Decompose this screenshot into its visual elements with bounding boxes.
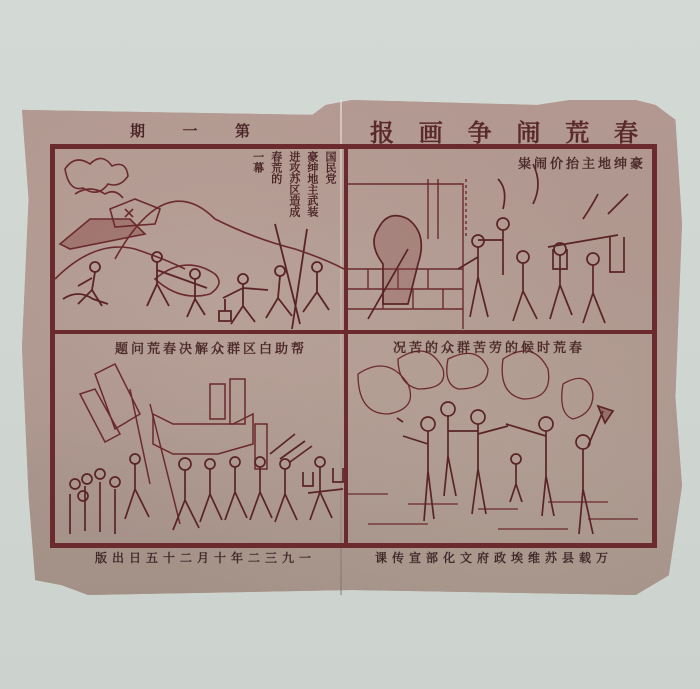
illustration-march-scene: [55, 334, 344, 543]
illustration-grain-price-scene: [348, 149, 652, 330]
masthead-char: 闹: [516, 113, 542, 148]
masthead-char: 画: [419, 113, 445, 148]
issue-char: 期: [130, 120, 145, 141]
publication-date: 版出日五十二月十年二三九一: [95, 549, 316, 566]
issue-char: 第: [235, 120, 250, 141]
caption-line: 进攻苏区造成: [288, 151, 300, 217]
panel-caption: 况苦的众群苦劳的候时荒春: [393, 337, 585, 356]
panel-caption: 题问荒春决解众群区白助帮: [115, 338, 307, 357]
panel-bottom-right: 况苦的众群苦劳的候时荒春: [348, 334, 652, 543]
panel-top-right: 粜闹价抬主地绅豪: [348, 149, 652, 330]
masthead-char: 春: [614, 113, 640, 148]
masthead-char: 争: [468, 113, 494, 148]
vertical-caption: 国民党 豪绅地主武装 进攻苏区造成 春荒的 一幕: [252, 151, 336, 217]
masthead-char: 荒: [565, 113, 591, 148]
caption-line: 豪绅地主武装: [306, 151, 318, 217]
panel-caption: 粜闹价抬主地绅豪: [518, 153, 646, 172]
masthead-title: 报 画 争 闹 荒 春: [370, 113, 640, 148]
illustration-farmers-scene: [348, 334, 652, 543]
publisher-credit: 课传宣部化文府政埃维苏县载万: [375, 549, 613, 566]
caption-line: 春荒的: [270, 151, 282, 217]
panel-bottom-left: 题问荒春决解众群区白助帮: [55, 334, 344, 543]
masthead-char: 报: [370, 113, 396, 148]
caption-line: 国民党: [324, 151, 336, 217]
issue-number: 期 一 第: [130, 120, 250, 141]
panel-top-left: 国民党 豪绅地主武装 进攻苏区造成 春荒的 一幕: [55, 149, 344, 330]
caption-line: 一幕: [252, 151, 264, 217]
issue-char: 一: [182, 120, 197, 141]
